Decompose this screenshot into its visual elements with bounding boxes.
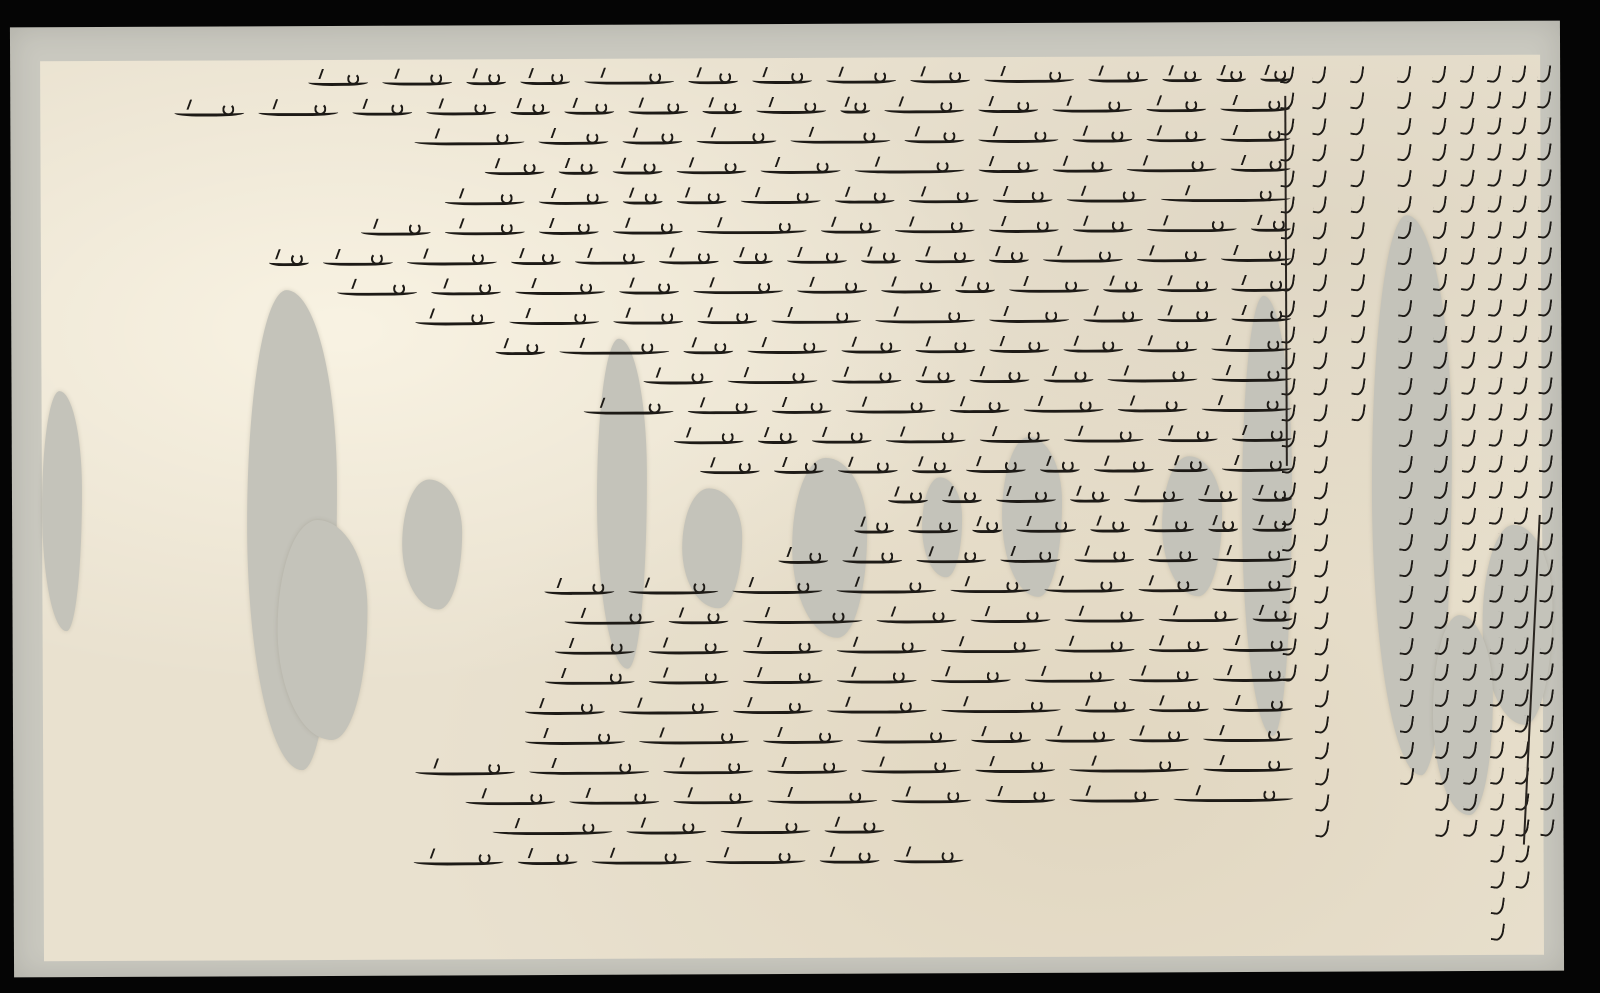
script-glyph [1463,662,1477,681]
script-word [733,704,813,713]
script-glyph [1540,688,1554,707]
script-glyph [1489,532,1503,551]
script-word [915,344,975,353]
script-glyph [1432,90,1446,109]
script-word [812,434,872,443]
script-glyph [1282,429,1296,448]
script-glyph [1537,142,1551,161]
script-glyph [1490,688,1504,707]
script-word [1146,103,1206,112]
script-word [1067,193,1147,202]
script-word [1075,703,1135,712]
script-word [837,674,917,683]
script-word [337,286,417,295]
script-glyph [1460,116,1474,135]
script-word [696,135,776,144]
script-word [741,194,821,203]
script-word [1146,133,1206,142]
script-word [1040,463,1080,472]
script-word [969,373,1029,382]
script-glyph [1350,169,1364,188]
script-glyph [1489,636,1503,655]
script-word [950,404,1010,413]
script-word [613,225,683,234]
script-glyph [1512,142,1526,161]
script-word [904,134,964,143]
script-glyph [1435,662,1449,681]
script-glyph [1315,663,1329,682]
script-glyph [1313,299,1327,318]
script-word [697,224,807,233]
script-glyph [1314,429,1328,448]
script-glyph [1540,818,1554,837]
script-word [743,674,823,683]
script-word [1144,523,1194,532]
script-word [592,855,692,864]
script-word [732,584,822,593]
script-glyph [1315,741,1329,760]
script-word [767,794,877,803]
script-glyph [1515,844,1529,863]
marginal-column [1278,66,1299,682]
script-word [515,285,605,294]
script-word [1157,313,1217,322]
script-word [559,165,599,174]
script-word [702,105,742,114]
script-glyph [1399,559,1413,578]
script-glyph [1350,91,1364,110]
script-glyph [1281,299,1295,318]
script-word [989,223,1059,232]
script-glyph [1435,740,1449,759]
script-word [972,524,1002,533]
script-glyph [1397,169,1411,188]
marginal-column [1348,65,1368,421]
script-glyph [1462,584,1476,603]
script-glyph [1399,455,1413,474]
script-glyph [1281,325,1295,344]
script-word [622,135,682,144]
script-word [821,224,881,233]
script-word [857,734,957,743]
script-glyph [1540,662,1554,681]
script-word [989,313,1069,322]
script-glyph [1463,766,1477,785]
script-glyph [1514,480,1528,499]
script-glyph [1487,116,1501,135]
script-word [1161,192,1291,202]
script-glyph [1313,351,1327,370]
script-word [677,195,727,204]
script-glyph [1398,299,1412,318]
script-word [1202,402,1292,411]
script-word [258,106,338,115]
script-glyph [1398,273,1412,292]
script-glyph [1490,792,1504,811]
script-glyph [1433,324,1447,343]
script-glyph [1281,221,1295,240]
script-glyph [1460,168,1474,187]
script-word [1094,463,1154,472]
script-glyph [1513,402,1527,421]
script-glyph [1433,246,1447,265]
script-glyph [1513,194,1527,213]
script-word [584,75,674,84]
script-word [915,374,955,383]
script-glyph [1462,558,1476,577]
script-glyph [1514,610,1528,629]
script-glyph [1351,377,1365,396]
script-glyph [1489,584,1503,603]
script-glyph [1282,559,1296,578]
marginal-column [1485,65,1507,941]
script-glyph [1399,533,1413,552]
script-word [797,284,867,293]
script-word [884,104,964,113]
script-word [910,74,970,83]
script-word [778,554,828,563]
script-word [415,766,515,775]
script-glyph [1435,766,1449,785]
script-word [1088,73,1148,82]
script-word [445,196,525,205]
script-glyph [1539,584,1553,603]
script-word [1203,762,1293,771]
script-glyph [1433,298,1447,317]
script-glyph [1537,64,1551,83]
script-glyph [1314,507,1328,526]
script-word [564,105,614,114]
script-glyph [1540,740,1554,759]
script-word [663,765,753,774]
script-word [842,554,902,563]
script-glyph [1433,376,1447,395]
script-glyph [1434,428,1448,447]
script-glyph [1312,169,1326,188]
script-glyph [1489,454,1503,473]
script-word [824,824,884,833]
script-glyph [1512,90,1526,109]
script-glyph [1514,636,1528,655]
script-word [382,76,452,85]
script-word [827,704,927,713]
script-glyph [1490,662,1504,681]
script-word [1053,163,1113,172]
script-glyph [1281,195,1295,214]
script-glyph [1313,195,1327,214]
script-glyph [1312,65,1326,84]
script-word [888,494,928,503]
script-glyph [1314,481,1328,500]
script-glyph [1538,298,1552,317]
script-word [569,795,659,804]
script-glyph [1315,715,1329,734]
script-glyph [1540,766,1554,785]
script-glyph [1435,688,1449,707]
script-word [619,285,679,294]
script-glyph [1350,117,1364,136]
script-glyph [1314,585,1328,604]
script-glyph [1489,506,1503,525]
script-word [855,164,965,173]
script-word [688,405,758,414]
script-glyph [1537,168,1551,187]
script-glyph [1432,142,1446,161]
script-glyph [1399,481,1413,500]
script-word [1173,792,1293,802]
script-word [659,255,719,264]
script-glyph [1280,91,1294,110]
script-word [941,703,1061,713]
script-glyph [1461,194,1475,213]
script-word [639,735,749,744]
script-glyph [1512,116,1526,135]
script-word [1016,523,1076,532]
script-word [308,76,368,85]
script-glyph [1488,402,1502,421]
script-word [1063,343,1123,352]
script-glyph [1539,558,1553,577]
script-glyph [1314,455,1328,474]
script-glyph [1400,767,1414,786]
script-glyph [1281,351,1295,370]
script-word [941,643,1041,652]
script-glyph [1539,532,1553,551]
script-word [1072,133,1132,142]
script-word [942,494,982,503]
script-glyph [1434,454,1448,473]
script-word [978,103,1038,112]
script-glyph [1540,792,1554,811]
script-word [623,195,663,204]
script-word [559,345,669,354]
script-word [841,344,901,353]
script-glyph [1516,870,1530,889]
script-glyph [1281,273,1295,292]
script-glyph [1313,325,1327,344]
script-glyph [1488,350,1502,369]
script-glyph [1461,376,1475,395]
script-word [861,254,901,263]
script-word [1024,403,1104,412]
script-word [613,315,683,324]
script-glyph [1513,246,1527,265]
script-word [985,793,1055,802]
script-glyph [1513,350,1527,369]
script-glyph [1539,610,1553,629]
script-glyph [1537,90,1551,109]
script-word [774,464,824,473]
script-word [989,253,1029,262]
script-glyph [1461,272,1475,291]
script-word [1107,373,1197,382]
script-glyph [1398,351,1412,370]
script-word [683,345,733,354]
marginal-column [1395,65,1416,785]
script-glyph [1539,480,1553,499]
script-word [836,584,936,593]
script-glyph [1312,91,1326,110]
script-word [414,856,504,865]
script-glyph [1514,506,1528,525]
script-word [787,254,847,263]
script-glyph [1313,221,1327,240]
script-word [1069,793,1159,802]
script-word [431,286,501,295]
script-word [838,464,898,473]
script-word [1000,553,1060,562]
script-word [835,194,895,203]
script-word [820,854,880,863]
script-glyph [1462,532,1476,551]
script-glyph [1399,507,1413,526]
script-word [673,795,753,804]
script-word [1147,223,1237,232]
script-glyph [1487,168,1501,187]
script-word [790,134,890,143]
script-glyph [1313,247,1327,266]
script-word [520,75,570,84]
script-glyph [1515,714,1529,733]
script-word [492,825,612,835]
script-word [908,524,958,533]
lacuna [42,391,83,631]
script-glyph [1351,325,1365,344]
script-word [669,615,729,624]
script-word [693,285,783,294]
script-word [1090,523,1130,532]
script-glyph [1434,584,1448,603]
script-word [628,585,718,594]
script-glyph [1513,298,1527,317]
script-glyph [1513,376,1527,395]
script-glyph [1312,143,1326,162]
script-word [756,104,826,113]
script-glyph [1434,636,1448,655]
script-word [1045,733,1115,742]
script-word [509,315,599,324]
script-word [525,705,605,714]
script-glyph [1488,376,1502,395]
script-word [525,735,625,744]
script-word [1138,583,1198,592]
script-word [1158,433,1218,442]
script-glyph [1281,377,1295,396]
script-word [323,256,393,265]
script-glyph [1313,377,1327,396]
script-word [978,133,1058,142]
script-word [980,433,1050,442]
manuscript-sheet [40,55,1544,962]
script-word [733,255,773,264]
script-glyph [1515,688,1529,707]
script-glyph [1397,143,1411,162]
marginal-column [1535,65,1556,837]
script-word [518,855,578,864]
script-word [1157,283,1217,292]
script-word [720,824,810,833]
script-glyph [1538,402,1552,421]
script-glyph [1491,896,1505,915]
script-glyph [1462,636,1476,655]
script-glyph [1399,585,1413,604]
script-word [989,343,1049,352]
script-glyph [1488,220,1502,239]
script-glyph [1351,299,1365,318]
script-word [415,316,495,325]
script-glyph [1539,636,1553,655]
script-glyph [1434,610,1448,629]
script-glyph [1461,324,1475,343]
script-word [1127,163,1217,172]
script-word [955,284,995,293]
script-glyph [1281,247,1295,266]
script-glyph [1489,480,1503,499]
script-word [445,226,525,235]
script-word [1074,553,1134,562]
script-word [565,615,655,624]
script-glyph [1435,792,1449,811]
script-glyph [1315,689,1329,708]
script-glyph [1351,195,1365,214]
script-glyph [1351,403,1365,422]
script-word [840,104,870,113]
script-word [688,75,738,84]
script-word [727,374,817,383]
marginal-vertical-text [40,55,1540,62]
script-word [1124,493,1184,502]
script-glyph [1350,65,1364,84]
script-word [1103,283,1143,292]
script-word [891,794,971,803]
script-word [993,193,1053,202]
script-glyph [1432,64,1446,83]
script-word [854,524,894,533]
script-word [649,675,729,684]
script-glyph [1398,325,1412,344]
script-word [619,705,719,714]
script-word [1065,613,1145,622]
script-word [975,763,1055,772]
script-glyph [1433,220,1447,239]
script-word [1208,523,1238,532]
script-glyph [1488,298,1502,317]
script-glyph [1435,714,1449,733]
script-glyph [1538,350,1552,369]
script-word [747,344,827,353]
script-word [511,255,561,264]
damage-lacunae [40,55,1540,62]
script-word [971,733,1031,742]
script-word [1129,673,1199,682]
script-glyph [1400,689,1414,708]
script-word [575,255,645,264]
script-word [628,105,688,114]
script-word [915,254,975,263]
script-word [752,74,812,83]
script-word [529,765,649,775]
script-word [767,764,847,773]
script-word [584,405,674,414]
script-word [772,404,832,413]
script-glyph [1315,767,1329,786]
script-glyph [1461,402,1475,421]
script-word [1043,253,1123,262]
script-word [1118,403,1188,412]
script-glyph [1400,715,1414,734]
script-word [538,135,608,144]
script-glyph [1540,714,1554,733]
